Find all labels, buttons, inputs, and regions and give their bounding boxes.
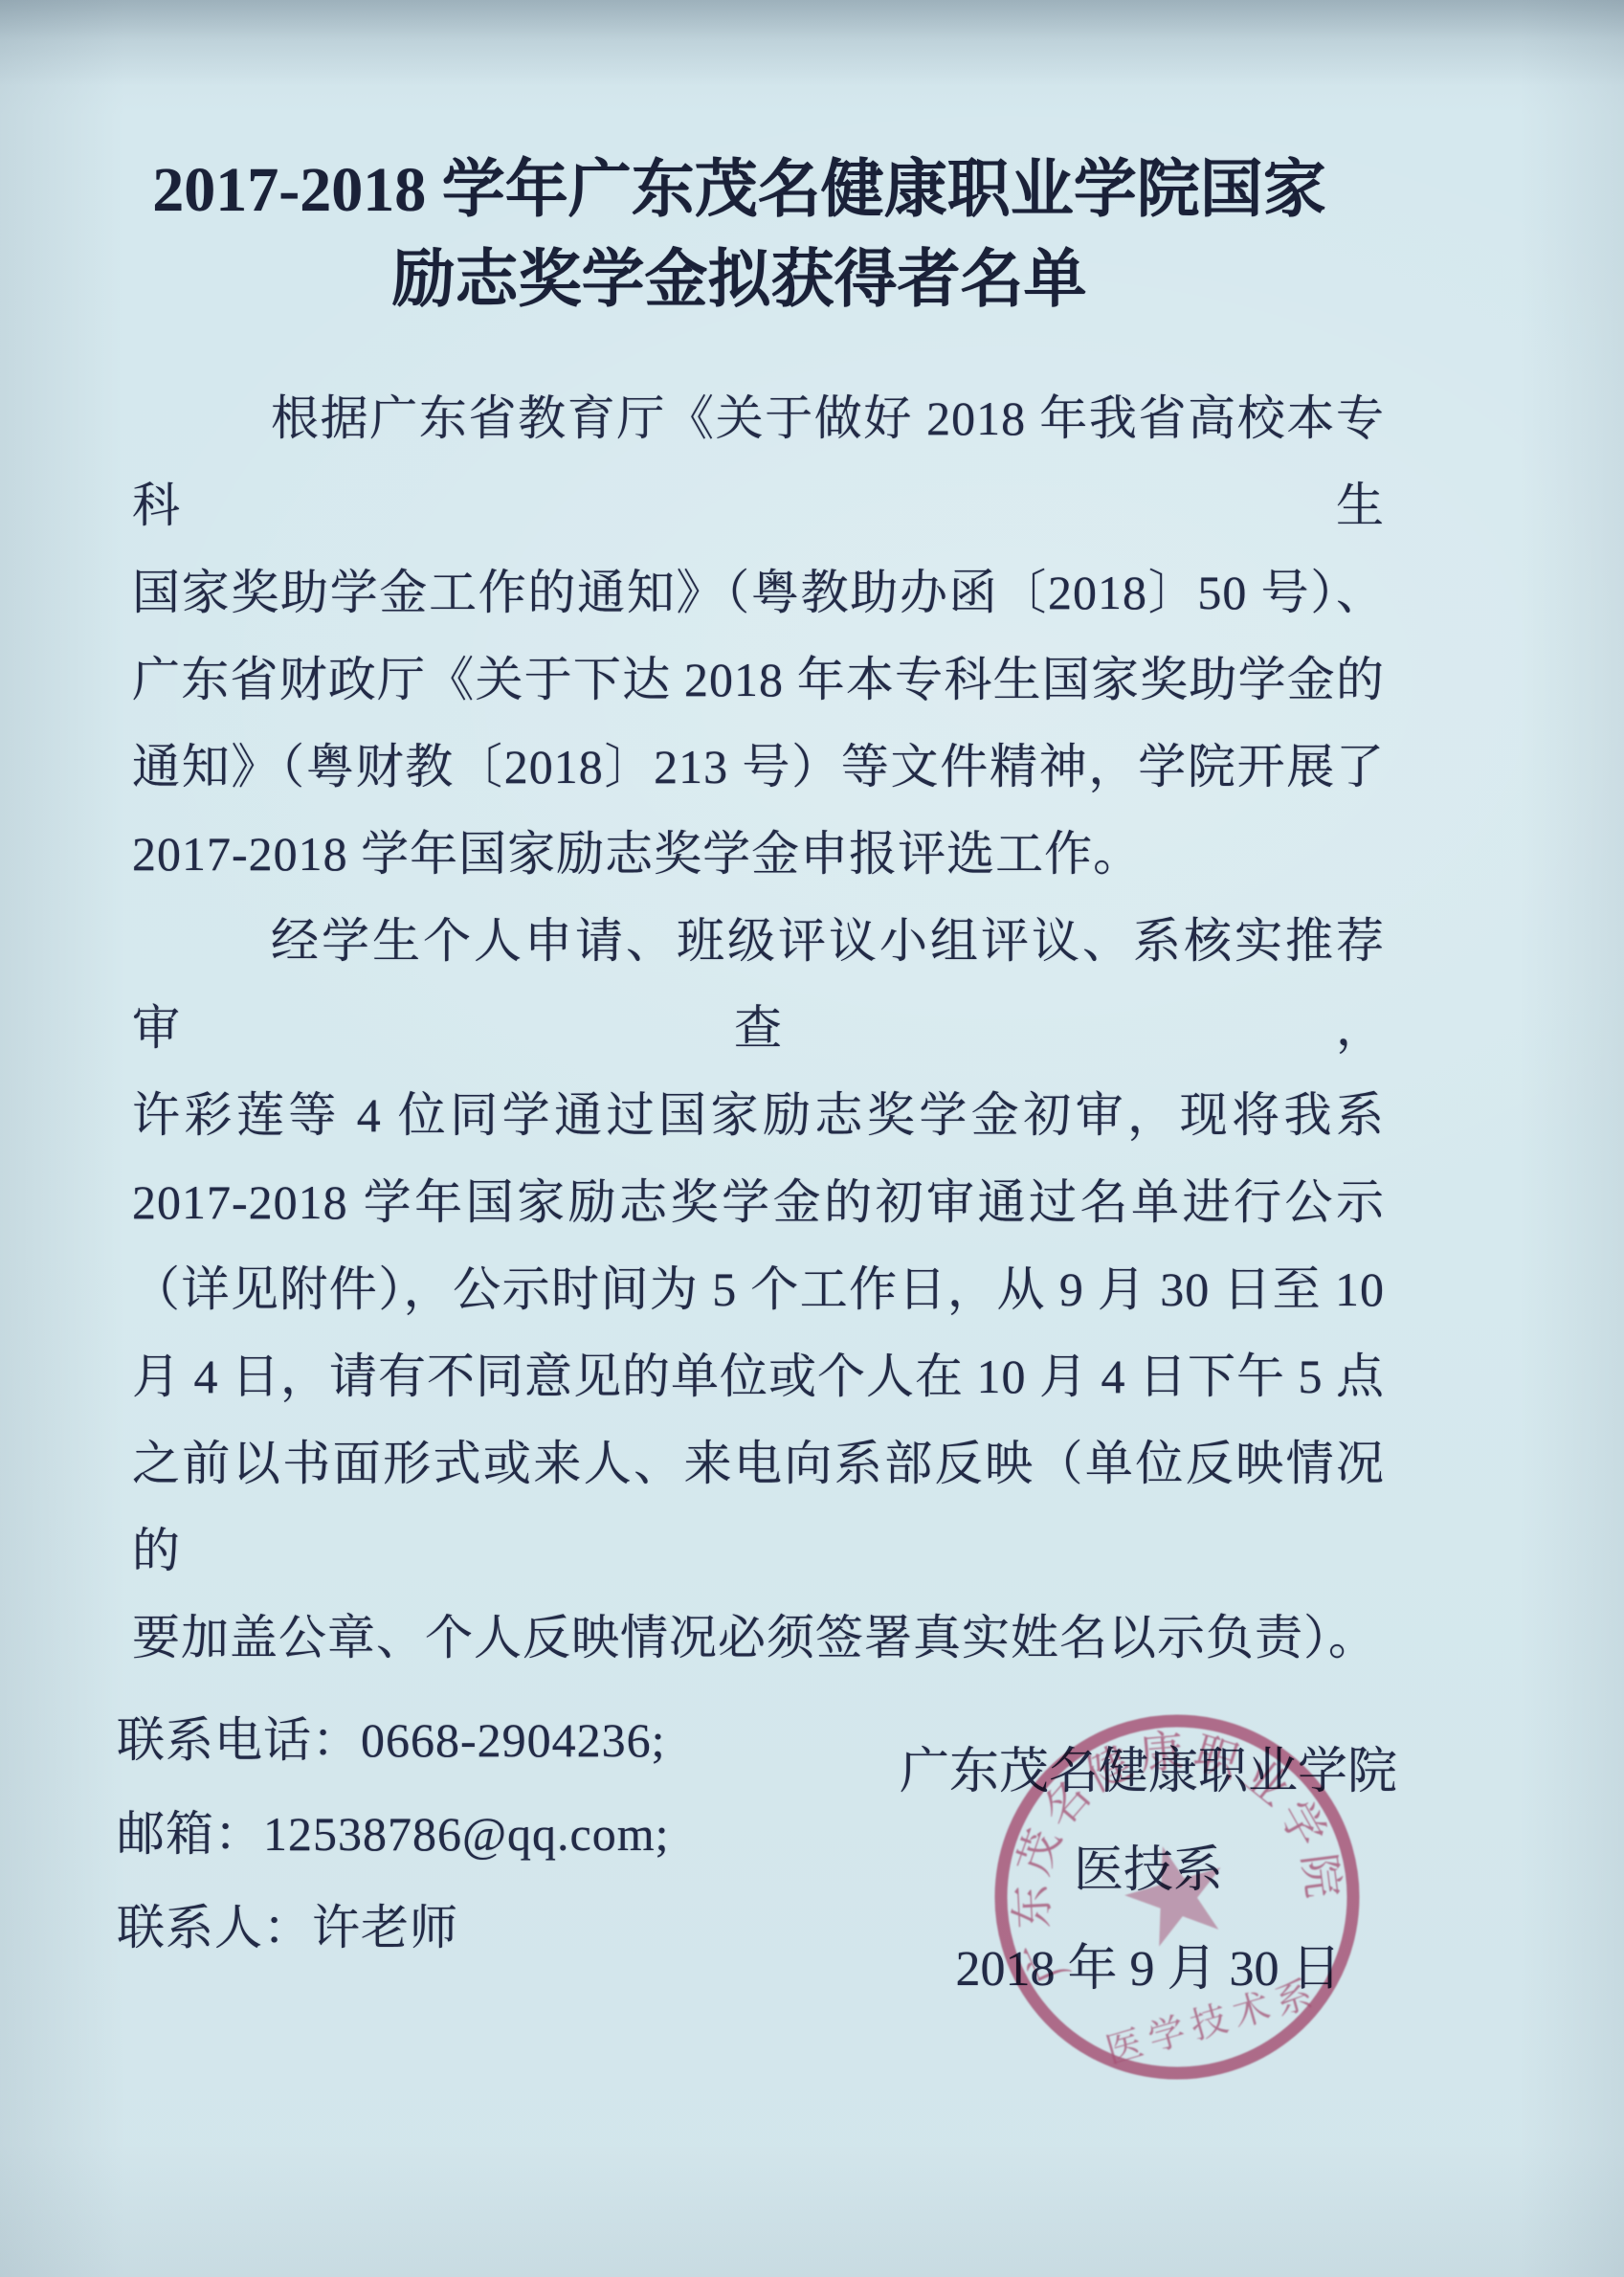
body-line: （详见附件），公示时间为 5 个工作日，从 9 月 30 日至 10 — [132, 1246, 1385, 1333]
body-line: 根据广东省教育厅《关于做好 2018 年我省高校本专科生 — [132, 375, 1385, 549]
seal-arc-label: 广东茂名健康职业学院 — [986, 1706, 1355, 1993]
title-line-2: 励志奖学金拟获得者名单 — [94, 235, 1385, 325]
star-icon — [1115, 1833, 1237, 1952]
paragraph-2: 经学生个人申请、班级评议小组评议、系核实推荐审查， 许彩莲等 4 位同学通过国家… — [132, 898, 1385, 1682]
body-line: 月 4 日，请有不同意见的单位或个人在 10 月 4 日下午 5 点 — [132, 1333, 1385, 1420]
body-line: 国家奖助学金工作的通知》（粤教助办函〔2018〕50 号）、 — [132, 549, 1385, 636]
body-line: 要加盖公章、个人反映情况必须签署真实姓名以示负责）。 — [132, 1595, 1385, 1682]
title-line-1: 2017-2018 学年广东茂名健康职业学院国家 — [94, 145, 1385, 235]
body-line: 2017-2018 学年国家励志奖学金的初审通过名单进行公示 — [132, 1159, 1385, 1246]
paragraph-1: 根据广东省教育厅《关于做好 2018 年我省高校本专科生 国家奖助学金工作的通知… — [132, 375, 1385, 898]
notice-document: 2017-2018 学年广东茂名健康职业学院国家 励志奖学金拟获得者名单 根据广… — [0, 0, 1624, 2277]
body-line: 通知》（粤财教〔2018〕213 号）等文件精神，学院开展了 — [132, 724, 1385, 811]
body-line: 广东省财政厅《关于下达 2018 年本专科生国家奖助学金的 — [132, 636, 1385, 724]
seal-bottom-label: 医学技术系 — [1101, 1973, 1324, 2072]
body-line: 许彩莲等 4 位同学通过国家励志奖学金初审，现将我系 — [132, 1072, 1385, 1159]
official-seal: 广东茂名健康职业学院 医学技术系 — [986, 1706, 1368, 2088]
body-line: 2017-2018 学年国家励志奖学金申报评选工作。 — [132, 811, 1385, 898]
body-line: 经学生个人申请、班级评议小组评议、系核实推荐审查， — [132, 898, 1385, 1072]
document-title: 2017-2018 学年广东茂名健康职业学院国家 励志奖学金拟获得者名单 — [94, 145, 1385, 325]
body-line: 之前以书面形式或来人、来电向系部反映（单位反映情况的 — [132, 1420, 1385, 1595]
